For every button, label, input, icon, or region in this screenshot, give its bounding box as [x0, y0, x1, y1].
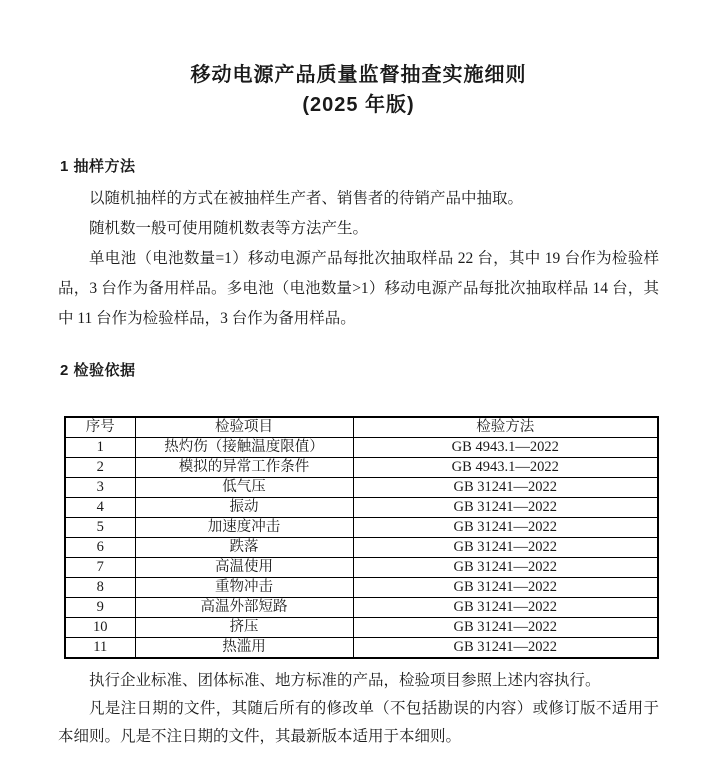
cell-serial-no: 5	[65, 518, 135, 538]
cell-inspection-item: 跌落	[135, 538, 353, 558]
cell-serial-no: 6	[65, 538, 135, 558]
cell-serial-no: 8	[65, 578, 135, 598]
cell-inspection-item: 振动	[135, 498, 353, 518]
document-page: 移动电源产品质量监督抽查实施细则 (2025 年版) 1 抽样方法 以随机抽样的…	[0, 0, 721, 778]
cell-inspection-method: GB 4943.1—2022	[353, 458, 658, 478]
table-header-row: 序号 检验项目 检验方法	[65, 417, 658, 438]
table-row: 11 热滥用 GB 31241—2022	[65, 638, 658, 659]
cell-serial-no: 1	[65, 438, 135, 458]
cell-serial-no: 3	[65, 478, 135, 498]
cell-inspection-item: 重物冲击	[135, 578, 353, 598]
paragraph: 以随机抽样的方式在被抽样生产者、销售者的待销产品中抽取。	[58, 184, 659, 214]
table-row: 9 高温外部短路 GB 31241—2022	[65, 598, 658, 618]
section-heading-inspection-basis: 2 检验依据	[60, 360, 659, 382]
document-title-line2: (2025 年版)	[58, 90, 659, 120]
cell-inspection-method: GB 31241—2022	[353, 638, 658, 659]
cell-inspection-method: GB 31241—2022	[353, 578, 658, 598]
inspection-items-table: 序号 检验项目 检验方法 1 热灼伤（接触温度限值） GB 4943.1—202…	[64, 416, 659, 659]
table-row: 5 加速度冲击 GB 31241—2022	[65, 518, 658, 538]
table-row: 8 重物冲击 GB 31241—2022	[65, 578, 658, 598]
closing-notes: 执行企业标准、团体标准、地方标准的产品，检验项目参照上述内容执行。 凡是注日期的…	[58, 667, 659, 751]
cell-serial-no: 4	[65, 498, 135, 518]
table-row: 10 挤压 GB 31241—2022	[65, 618, 658, 638]
cell-serial-no: 9	[65, 598, 135, 618]
section-heading-sampling-method: 1 抽样方法	[60, 156, 659, 178]
cell-inspection-item: 加速度冲击	[135, 518, 353, 538]
cell-inspection-item: 高温外部短路	[135, 598, 353, 618]
cell-inspection-item: 热灼伤（接触温度限值）	[135, 438, 353, 458]
cell-inspection-item: 低气压	[135, 478, 353, 498]
closing-paragraph: 凡是注日期的文件，其随后所有的修改单（不包括勘误的内容）或修订版不适用于本细则。…	[58, 695, 659, 751]
table-header-serial-no: 序号	[65, 417, 135, 438]
paragraph: 随机数一般可使用随机数表等方法产生。	[58, 214, 659, 244]
cell-inspection-item: 模拟的异常工作条件	[135, 458, 353, 478]
table-row: 6 跌落 GB 31241—2022	[65, 538, 658, 558]
closing-paragraph: 执行企业标准、团体标准、地方标准的产品，检验项目参照上述内容执行。	[58, 667, 659, 695]
cell-serial-no: 7	[65, 558, 135, 578]
table-row: 2 模拟的异常工作条件 GB 4943.1—2022	[65, 458, 658, 478]
document-title: 移动电源产品质量监督抽查实施细则 (2025 年版)	[58, 60, 659, 120]
paragraph: 单电池（电池数量=1）移动电源产品每批次抽取样品 22 台，其中 19 台作为检…	[58, 244, 659, 334]
sampling-method-body: 以随机抽样的方式在被抽样生产者、销售者的待销产品中抽取。 随机数一般可使用随机数…	[58, 184, 659, 334]
cell-inspection-method: GB 31241—2022	[353, 618, 658, 638]
cell-inspection-item: 挤压	[135, 618, 353, 638]
table-header-inspection-item: 检验项目	[135, 417, 353, 438]
cell-serial-no: 10	[65, 618, 135, 638]
cell-inspection-method: GB 4943.1—2022	[353, 438, 658, 458]
cell-inspection-method: GB 31241—2022	[353, 478, 658, 498]
cell-inspection-method: GB 31241—2022	[353, 558, 658, 578]
table-row: 4 振动 GB 31241—2022	[65, 498, 658, 518]
cell-inspection-item: 高温使用	[135, 558, 353, 578]
cell-serial-no: 11	[65, 638, 135, 659]
cell-inspection-method: GB 31241—2022	[353, 498, 658, 518]
cell-inspection-item: 热滥用	[135, 638, 353, 659]
cell-serial-no: 2	[65, 458, 135, 478]
cell-inspection-method: GB 31241—2022	[353, 598, 658, 618]
document-title-line1: 移动电源产品质量监督抽查实施细则	[58, 60, 659, 90]
cell-inspection-method: GB 31241—2022	[353, 518, 658, 538]
cell-inspection-method: GB 31241—2022	[353, 538, 658, 558]
table-row: 7 高温使用 GB 31241—2022	[65, 558, 658, 578]
table-row: 3 低气压 GB 31241—2022	[65, 478, 658, 498]
table-header-inspection-method: 检验方法	[353, 417, 658, 438]
table-row: 1 热灼伤（接触温度限值） GB 4943.1—2022	[65, 438, 658, 458]
